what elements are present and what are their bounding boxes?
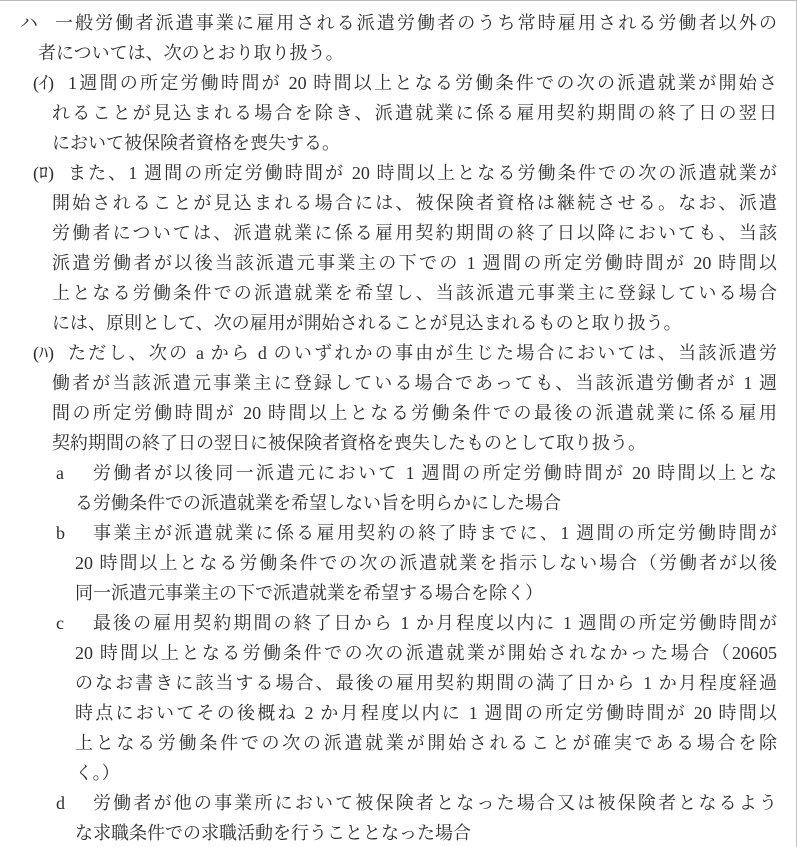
item-marker-c: c: [56, 608, 64, 638]
paragraph-b: b事業主が派遣就業に係る雇用契約の終了時までに、1 週間の所定労働時間が20 時…: [0, 518, 796, 608]
paragraph-ro: (ﾛ)また、1 週間の所定労働時間が 20 時間以上となる労働条件での次の派遣就…: [0, 158, 796, 338]
line-text: 同一派遣元事業主の下で派遣就業を希望する場合を除く）: [75, 583, 543, 603]
text-line: 契約期間の終了日の翌日に被保険者資格を喪失したものとして取り扱う。: [0, 428, 796, 458]
text-line: 上となる労働条件での派遣就業を希望し、当該派遣元事業主に登録している場合: [0, 278, 796, 308]
line-text: 開始されることが見込まれる場合には、被保険者資格は継続させる。なお、派遣: [52, 193, 777, 213]
text-line: (ﾊ)ただし、次の a から d のいずれかの事由が生じた場合においては、当該派…: [0, 338, 796, 368]
item-marker-a: a: [56, 458, 64, 488]
line-text: 上となる労働条件での次の派遣就業が開始されることが確実である場合を除: [75, 733, 777, 753]
text-line: a労働者が以後同一派遣元において 1 週間の所定労働時間が 20 時間以上とな: [0, 458, 796, 488]
text-line: c最後の雇用契約期間の終了日から 1 か月程度以内に 1 週間の所定労働時間が: [0, 608, 796, 638]
item-marker-ha2: (ﾊ): [33, 338, 54, 368]
line-text: ただし、次の a から d のいずれかの事由が生じた場合においては、当該派遣労: [68, 343, 777, 363]
text-line: 派遣労働者が以後当該派遣元事業主の下での 1 週間の所定労働時間が 20 時間以: [0, 248, 796, 278]
text-line: には、原則として、次の雇用が開始されることが見込まれるものと取り扱う。: [0, 308, 796, 338]
text-line: 間の所定労働時間が 20 時間以上となる労働条件での最後の派遣就業に係る雇用: [0, 398, 796, 428]
line-text: 上となる労働条件での派遣就業を希望し、当該派遣元事業主に登録している場合: [52, 283, 777, 303]
text-line: 時点においてその後概ね 2 か月程度以内に 1 週間の所定労働時間が 20 時間…: [0, 698, 796, 728]
item-marker-ro: (ﾛ): [33, 158, 54, 188]
line-text: れることが見込まれる場合を除き、派遣就業に係る雇用契約期間の終了日の翌日: [52, 103, 777, 123]
line-text: において被保険者資格を喪失する。: [52, 133, 340, 153]
text-line: 労働者については、派遣就業に係る雇用契約期間の終了日以降においても、当該: [0, 218, 796, 248]
text-line: のなお書きに該当する場合、最後の雇用契約期間の満了日から 1 か月程度経過: [0, 668, 796, 698]
line-text: 契約期間の終了日の翌日に被保険者資格を喪失したものとして取り扱う。: [52, 433, 646, 453]
text-line: (ｲ)1週間の所定労働時間が 20 時間以上となる労働条件での次の派遣就業が開始…: [0, 68, 796, 98]
paragraph-d: d労働者が他の事業所において被保険者となった場合又は被保険者となるような求職条件…: [0, 788, 796, 847]
line-text: 20 時間以上となる労働条件での次の派遣就業が開始されなかった場合（20605: [75, 643, 777, 663]
paragraph-c: c最後の雇用契約期間の終了日から 1 か月程度以内に 1 週間の所定労働時間が2…: [0, 608, 796, 788]
text-line: 20 時間以上となる労働条件での次の派遣就業が開始されなかった場合（20605: [0, 638, 796, 668]
text-line: れることが見込まれる場合を除き、派遣就業に係る雇用契約期間の終了日の翌日: [0, 98, 796, 128]
text-line: 上となる労働条件での次の派遣就業が開始されることが確実である場合を除: [0, 728, 796, 758]
text-line: る労働条件での派遣就業を希望しない旨を明らかにした場合: [0, 488, 796, 518]
line-text: な求職条件での求職活動を行うこととなった場合: [75, 823, 471, 843]
document-body: ハ一般労働者派遣事業に雇用される派遣労働者のうち常時雇用される労働者以外の者につ…: [0, 8, 796, 847]
line-text: 派遣労働者が以後当該派遣元事業主の下での 1 週間の所定労働時間が 20 時間以: [52, 253, 777, 273]
text-line: において被保険者資格を喪失する。: [0, 128, 796, 158]
text-line: b事業主が派遣就業に係る雇用契約の終了時までに、1 週間の所定労働時間が: [0, 518, 796, 548]
paragraph-ha2: (ﾊ)ただし、次の a から d のいずれかの事由が生じた場合においては、当該派…: [0, 338, 796, 458]
line-text: には、原則として、次の雇用が開始されることが見込まれるものと取り扱う。: [52, 313, 682, 333]
line-text: く。）: [75, 763, 120, 783]
text-line: 働者が当該派遣元事業主に登録している場合であっても、当該派遣労働者が 1 週: [0, 368, 796, 398]
line-text: 者については、次のとおり取り扱う。: [38, 43, 344, 63]
line-text: 1週間の所定労働時間が 20 時間以上となる労働条件での次の派遣就業が開始さ: [68, 73, 777, 93]
line-text: のなお書きに該当する場合、最後の雇用契約期間の満了日から 1 か月程度経過: [75, 673, 777, 693]
line-text: 最後の雇用契約期間の終了日から 1 か月程度以内に 1 週間の所定労働時間が: [93, 613, 777, 633]
line-text: 労働者が以後同一派遣元において 1 週間の所定労働時間が 20 時間以上とな: [93, 463, 777, 483]
text-line: 同一派遣元事業主の下で派遣就業を希望する場合を除く）: [0, 578, 796, 608]
line-text: 時点においてその後概ね 2 か月程度以内に 1 週間の所定労働時間が 20 時間…: [75, 703, 777, 723]
text-line: 20 時間以上となる労働条件での次の派遣就業を指示しない場合（労働者が以後: [0, 548, 796, 578]
document-page: ハ一般労働者派遣事業に雇用される派遣労働者のうち常時雇用される労働者以外の者につ…: [0, 0, 797, 847]
text-line: く。）: [0, 758, 796, 788]
text-line: 開始されることが見込まれる場合には、被保険者資格は継続させる。なお、派遣: [0, 188, 796, 218]
text-line: d労働者が他の事業所において被保険者となった場合又は被保険者となるよう: [0, 788, 796, 818]
item-marker-i: (ｲ): [33, 68, 54, 98]
text-line: 者については、次のとおり取り扱う。: [0, 38, 796, 68]
line-text: 労働者については、派遣就業に係る雇用契約期間の終了日以降においても、当該: [52, 223, 777, 243]
paragraph-a: a労働者が以後同一派遣元において 1 週間の所定労働時間が 20 時間以上となる…: [0, 458, 796, 518]
line-text: 働者が当該派遣元事業主に登録している場合であっても、当該派遣労働者が 1 週: [52, 373, 777, 393]
item-marker-b: b: [56, 518, 65, 548]
line-text: また、1 週間の所定労働時間が 20 時間以上となる労働条件での次の派遣就業が: [68, 163, 777, 183]
text-line: (ﾛ)また、1 週間の所定労働時間が 20 時間以上となる労働条件での次の派遣就…: [0, 158, 796, 188]
paragraph-i: (ｲ)1週間の所定労働時間が 20 時間以上となる労働条件での次の派遣就業が開始…: [0, 68, 796, 158]
text-line: な求職条件での求職活動を行うこととなった場合: [0, 818, 796, 847]
line-text: る労働条件での派遣就業を希望しない旨を明らかにした場合: [75, 493, 561, 513]
line-text: 間の所定労働時間が 20 時間以上となる労働条件での最後の派遣就業に係る雇用: [52, 403, 777, 423]
line-text: 一般労働者派遣事業に雇用される派遣労働者のうち常時雇用される労働者以外の: [55, 13, 777, 33]
text-line: ハ一般労働者派遣事業に雇用される派遣労働者のうち常時雇用される労働者以外の: [0, 8, 796, 38]
item-marker-ha: ハ: [20, 8, 38, 38]
paragraph-ha: ハ一般労働者派遣事業に雇用される派遣労働者のうち常時雇用される労働者以外の者につ…: [0, 8, 796, 68]
item-marker-d: d: [56, 788, 65, 818]
line-text: 事業主が派遣就業に係る雇用契約の終了時までに、1 週間の所定労働時間が: [93, 523, 777, 543]
line-text: 20 時間以上となる労働条件での次の派遣就業を指示しない場合（労働者が以後: [75, 553, 777, 573]
line-text: 労働者が他の事業所において被保険者となった場合又は被保険者となるよう: [93, 793, 777, 813]
